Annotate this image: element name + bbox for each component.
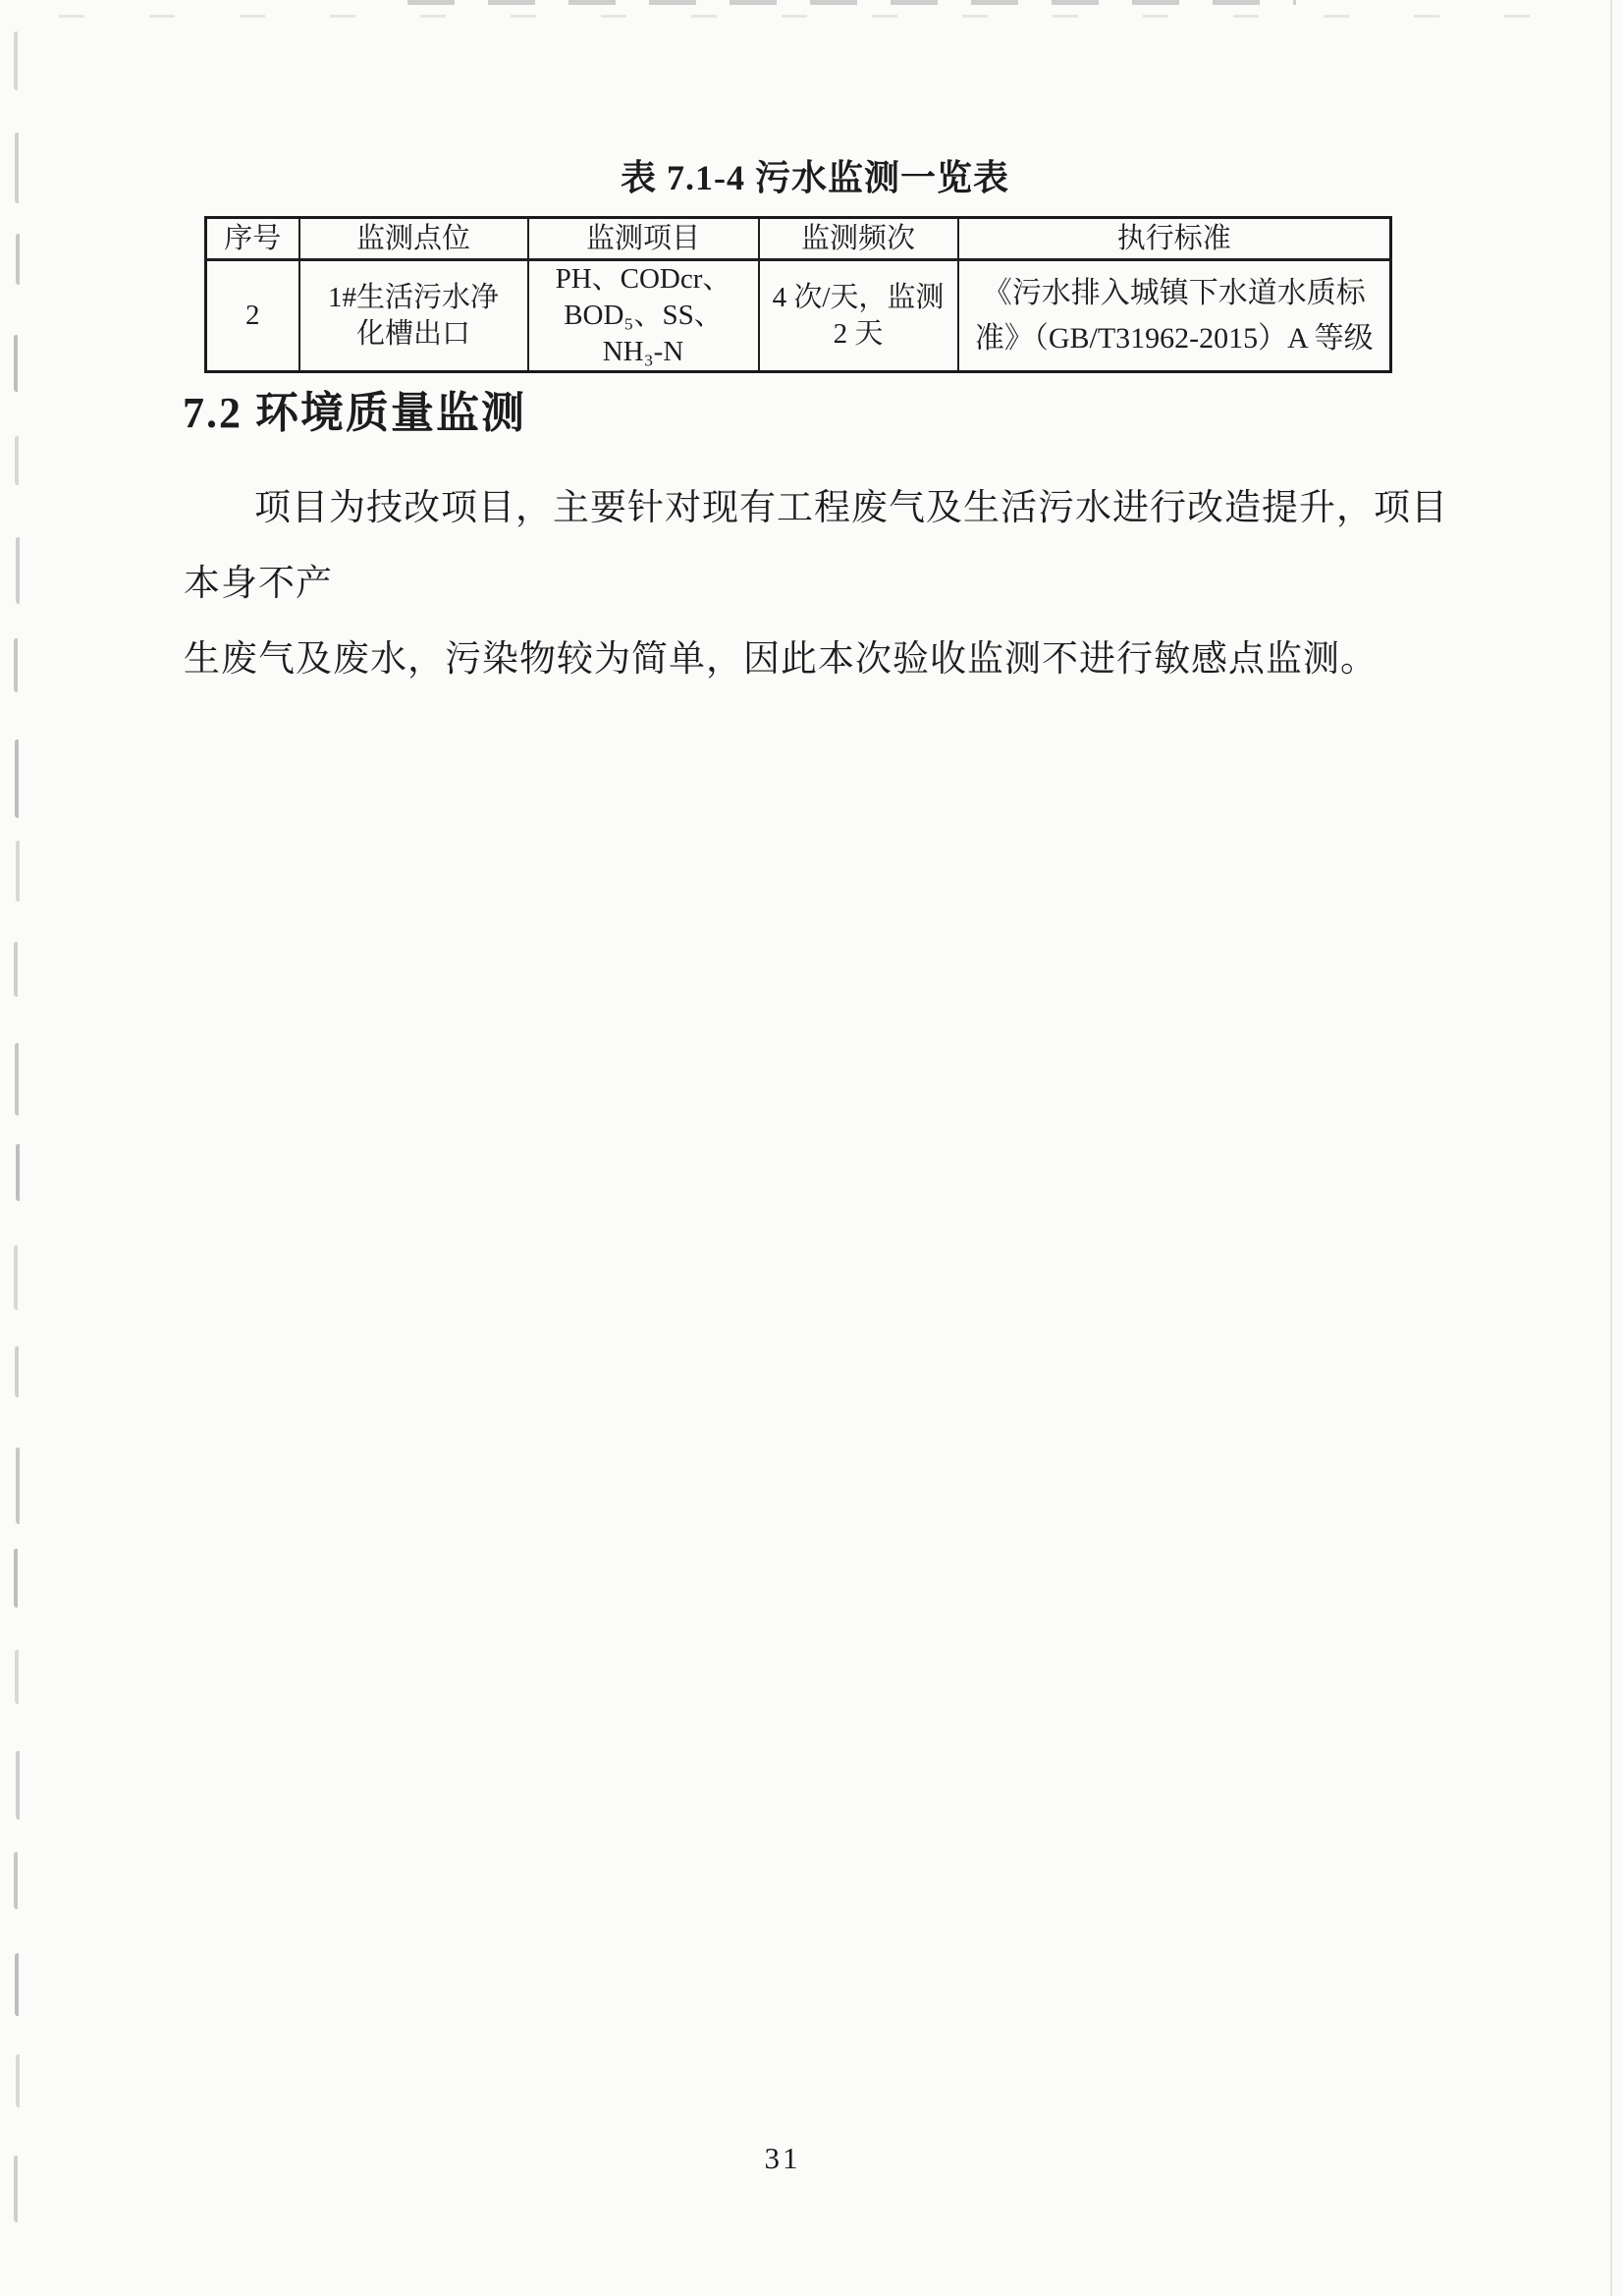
header-seq: 序号 xyxy=(206,218,299,260)
scan-mark xyxy=(14,1852,18,1909)
scan-mark xyxy=(14,1245,18,1310)
cell-frequency: 4 次/天，监测 2 天 xyxy=(759,260,958,372)
scan-mark xyxy=(14,638,18,692)
document-page: 表 7.1-4 污水监测一览表 序号 监测点位 监测项目 监测频次 执行标准 2… xyxy=(0,0,1623,2296)
body-paragraph: 项目为技改项目，主要针对现有工程废气及生活污水进行改造提升，项目本身不产 生废气… xyxy=(184,470,1458,697)
header-frequency: 监测频次 xyxy=(759,218,958,260)
scan-mark xyxy=(15,1953,19,2016)
table-title: 表 7.1-4 污水监测一览表 xyxy=(177,150,1453,200)
scan-mark xyxy=(15,133,19,203)
table-row: 2 1#生活污水净 化槽出口 PH、CODcr、 BOD₅、SS、 NH₃-N … xyxy=(206,260,1391,372)
page-number: 31 xyxy=(729,2141,837,2176)
scan-mark xyxy=(15,1650,19,1704)
table-header-row: 序号 监测点位 监测项目 监测频次 执行标准 xyxy=(206,218,1391,260)
scan-mark xyxy=(16,1751,20,1820)
scan-mark xyxy=(14,31,18,90)
top-scan-artifact xyxy=(407,0,1296,5)
header-items: 监测项目 xyxy=(528,218,759,260)
scan-mark xyxy=(16,537,20,604)
scan-mark xyxy=(14,942,18,997)
wastewater-monitoring-table: 序号 监测点位 监测项目 监测频次 执行标准 2 1#生活污水净 化槽出口 PH… xyxy=(204,216,1392,373)
scan-mark xyxy=(15,1043,19,1116)
cell-items: PH、CODcr、 BOD₅、SS、 NH₃-N xyxy=(528,260,759,372)
scan-mark xyxy=(15,436,19,485)
scan-mark xyxy=(16,2054,20,2107)
scan-mark xyxy=(16,234,20,285)
right-edge-scan-line xyxy=(1610,0,1612,2296)
scan-mark xyxy=(16,1144,20,1201)
scan-mark xyxy=(14,2156,18,2222)
cell-location: 1#生活污水净 化槽出口 xyxy=(299,260,528,372)
cell-standard: 《污水排入城镇下水道水质标 准》（GB/T31962-2015）A 等级 xyxy=(958,260,1391,372)
scan-mark xyxy=(14,335,18,392)
scan-mark xyxy=(14,1549,18,1608)
header-location: 监测点位 xyxy=(299,218,528,260)
scan-mark xyxy=(15,739,19,818)
top-scan-artifact-faint xyxy=(59,15,1561,18)
scan-mark xyxy=(15,1346,19,1397)
scan-mark xyxy=(16,1448,20,1524)
scan-mark xyxy=(16,841,20,902)
section-heading: 7.2 环境质量监测 xyxy=(183,377,526,440)
cell-seq: 2 xyxy=(206,260,299,372)
header-standard: 执行标准 xyxy=(958,218,1391,260)
